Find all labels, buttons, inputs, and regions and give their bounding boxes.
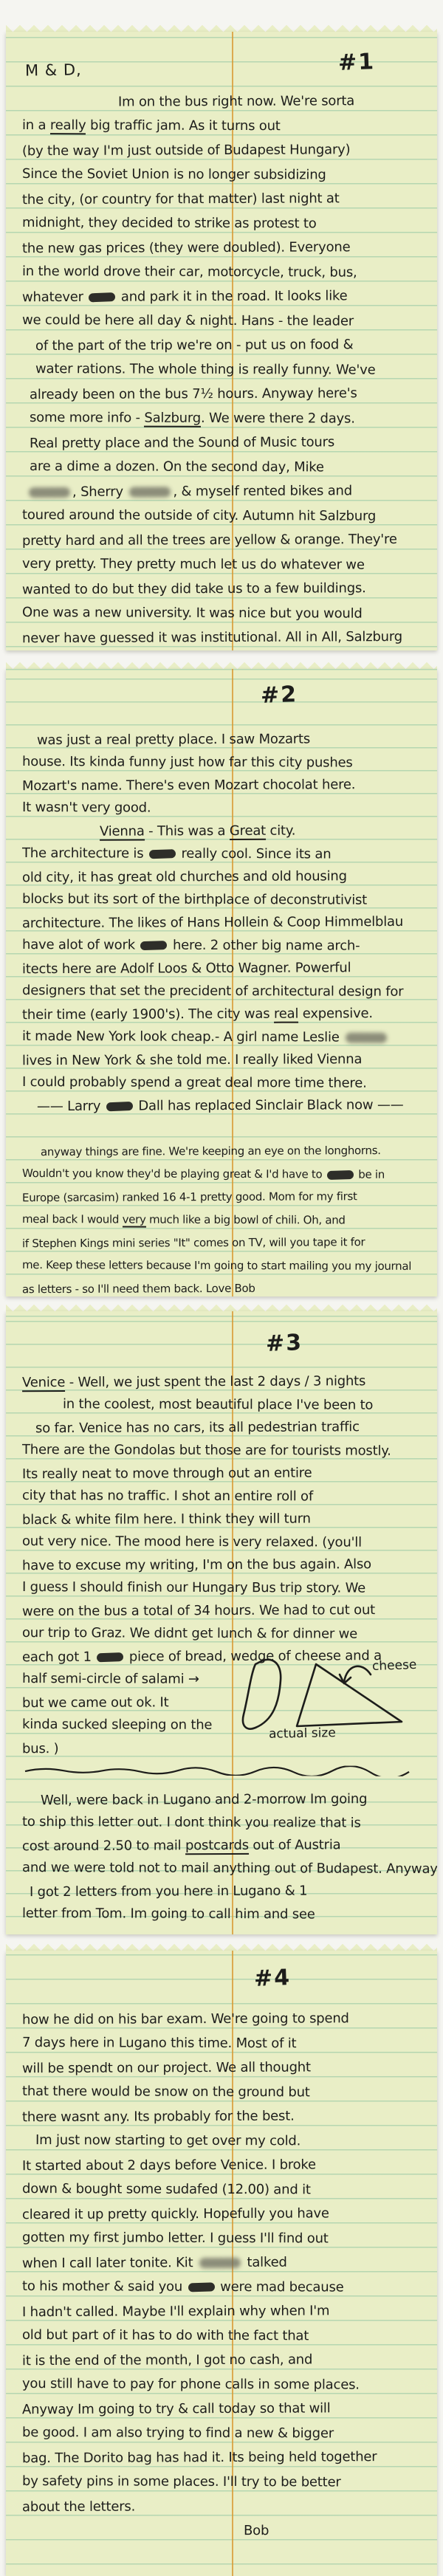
underlined-word: very (123, 1212, 146, 1227)
underlined-word: Vienna (100, 823, 145, 840)
handwritten-line: The architecture is really cool. Since i… (22, 842, 434, 866)
letter-page-1: #1 M & D, Im on the bus right now. We're… (6, 22, 437, 650)
scribbled-out-word (149, 849, 176, 859)
scribbled-out-word (140, 941, 167, 950)
handwritten-line: we could be here all day & night. Hans -… (22, 308, 434, 334)
underlined-word: really (50, 117, 86, 134)
handwritten-line: so far. Venice has no cars, its all pede… (22, 1415, 434, 1440)
handwritten-line: Anyway Im going to try & call today so t… (22, 2396, 434, 2422)
handwritten-line: gotten my first jumbo letter. I guess I'… (22, 2225, 434, 2251)
handwritten-line: whatever and park it in the road. It loo… (22, 284, 434, 309)
handwritten-line: our trip to Graz. We didnt get lunch & f… (22, 1621, 434, 1646)
handwritten-line: letter from Tom. Im going to call him an… (22, 1902, 434, 1926)
food-sketch: cheese actual size (226, 1652, 419, 1748)
handwritten-line: black & white film here. I think they wi… (22, 1507, 434, 1531)
handwritten-line: down & bought some sudafed (12.00) and i… (22, 2177, 434, 2202)
handwritten-line: already been on the bus 7½ hours. Anyway… (22, 381, 434, 407)
handwritten-line: there wasnt any. Its probably for the be… (22, 2103, 434, 2129)
handwritten-line: blocks but its sort of the birthplace of… (22, 887, 434, 912)
handwritten-line: I guess I should finish our Hungary Bus … (22, 1576, 434, 1600)
handwritten-line: by safety pins in some places. I'll try … (22, 2469, 434, 2495)
handwritten-line: I got 2 letters from you here in Lugano … (22, 1879, 434, 1903)
letter-page-4: #4 how he did on his bar exam. We're goi… (6, 1941, 437, 2576)
handwritten-line: wanted to do but they did take us to a f… (22, 576, 434, 602)
handwritten-line: will be spendt on our project. We all th… (22, 2055, 434, 2081)
handwritten-line: Wouldn't you know they'd be playing grea… (22, 1162, 434, 1186)
handwritten-line: Im just now starting to get over my cold… (22, 2128, 434, 2154)
handwritten-line: Im on the bus right now. We're sorta (22, 89, 434, 114)
handwritten-line: be good. I am also trying to find a new … (22, 2420, 434, 2446)
handwritten-line: toured around the outside of city. Autum… (22, 503, 434, 529)
scribbled-out-word (89, 292, 115, 302)
handwritten-line: are a dime a dozen. On the second day, M… (22, 454, 434, 480)
underlined-word: Great (230, 823, 266, 840)
handwritten-line: Europe (sarcasim) ranked 16 4-1 pretty g… (22, 1185, 434, 1209)
page-number: #1 (337, 49, 375, 76)
handwritten-line: old but part of it has to do with the fa… (22, 2323, 434, 2349)
handwritten-line: pretty hard and all the trees are yellow… (22, 527, 434, 553)
handwritten-line: when I call later tonite. Kit talked (22, 2250, 434, 2276)
torn-edge (6, 22, 437, 32)
underlined-word: Venice (22, 1375, 65, 1392)
legal-pad-paper: #2 was just a real pretty place. I saw M… (6, 669, 437, 1296)
handwritten-line: I could probably spend a great deal more… (22, 1071, 434, 1095)
handwritten-line: Venice - Well, we just spent the last 2 … (22, 1370, 434, 1394)
handwritten-line: meal back I would very much like a big b… (22, 1208, 434, 1232)
handwritten-line: in the coolest, most beautiful place I'v… (22, 1392, 434, 1417)
scribbled-out-word (106, 1102, 133, 1111)
handwritten-line: were on the bus a total of 34 hours. We … (22, 1598, 434, 1623)
handwritten-line: house. Its kinda funny just how far this… (22, 750, 434, 774)
handwritten-line (22, 1116, 434, 1141)
handwritten-line: about the letters. (22, 2493, 434, 2519)
handwritten-line: as letters - so I'll need them back. Lov… (22, 1277, 434, 1296)
handwritten-line: cleared it up pretty quickly. Hopefully … (22, 2201, 434, 2227)
handwritten-line: that there would be snow on the ground b… (22, 2079, 434, 2105)
letter-body: Im on the bus right now. We're sortain a… (22, 89, 434, 650)
underlined-word: Salzburg (144, 411, 201, 427)
page-number: #3 (265, 1330, 303, 1357)
handwritten-line: Real pretty place and the Sound of Music… (22, 430, 434, 456)
handwritten-line: have alot of work here. 2 other big name… (22, 933, 434, 958)
handwritten-line: old city, it has great old churches and … (22, 865, 434, 889)
scribbled-out-word (327, 1169, 354, 1179)
handwritten-line: Mozart's name. There's even Mozart choco… (22, 773, 434, 797)
scribbled-out-word (97, 1652, 123, 1662)
handwritten-line: their time (early 1900's). The city was … (22, 1002, 434, 1026)
handwritten-line: to his mother & said you were mad becaus… (22, 2274, 434, 2300)
handwritten-line: —— Larry Dall has replaced Sinclair Blac… (22, 1093, 434, 1118)
redacted-name (129, 487, 171, 497)
underlined-word: real (274, 1006, 298, 1023)
torn-edge (6, 659, 437, 669)
scanned-letter-document: { "document": { "kind": "Handwritten let… (0, 0, 443, 2576)
handwritten-line: how he did on his bar exam. We're going … (22, 2006, 434, 2032)
handwritten-line: designers that set the precident of arch… (22, 979, 434, 1003)
handwritten-line: very pretty. They pretty much let us do … (22, 552, 434, 577)
handwritten-line: It wasn't very good. (22, 796, 434, 820)
letter-body: Venice - Well, we just spent the last 2 … (22, 1370, 434, 1926)
handwritten-line: architecture. The likes of Hans Hollein … (22, 910, 434, 935)
handwritten-line: It started about 2 days before Venice. I… (22, 2152, 434, 2178)
legal-pad-paper: #1 M & D, Im on the bus right now. We're… (6, 32, 437, 650)
handwritten-line: There are the Gondolas but those are for… (22, 1438, 434, 1463)
handwritten-line: some more info - Salzburg. We were there… (22, 405, 434, 431)
handwritten-line: 7 days here in Lugano this time. Most of… (22, 2030, 434, 2056)
handwritten-line: anyway things are fine. We're keeping an… (22, 1139, 434, 1164)
actual-size-label: actual size (269, 1725, 336, 1742)
handwritten-line: city that has no traffic. I shot an enti… (22, 1484, 434, 1508)
handwritten-line: out very nice. The mood here is very rel… (22, 1530, 434, 1554)
handwritten-line: never have guessed it was institutional.… (22, 625, 434, 650)
handwritten-line: you still have to pay for phone calls in… (22, 2371, 434, 2397)
redacted-name (346, 1033, 387, 1043)
redacted-name (199, 2258, 241, 2268)
handwritten-line: (by the way I'm just outside of Budapest… (22, 137, 434, 163)
handwritten-line: have to excuse my writing, I'm on the bu… (22, 1553, 434, 1577)
wavy-divider-line (22, 1765, 434, 1789)
handwritten-line: lives in New York & she told me. I reall… (22, 1048, 434, 1072)
handwritten-line: Well, were back in Lugano and 2-morrow I… (22, 1787, 434, 1812)
handwritten-line: midnight, they decided to strike as prot… (22, 210, 434, 236)
page-number: #2 (260, 681, 298, 709)
handwritten-line: in a really big traffic jam. As it turns… (22, 113, 434, 139)
handwritten-line: Its really neat to move through out an e… (22, 1461, 434, 1486)
cheese-label: cheese (372, 1658, 417, 1674)
handwritten-line: bag. The Dorito bag has had it. Its bein… (22, 2445, 434, 2470)
letter-body: how he did on his bar exam. We're going … (22, 2007, 434, 2543)
legal-pad-paper: #3 Venice - Well, we just spent the last… (6, 1311, 437, 1934)
handwritten-line: of the part of the trip we're on - put u… (22, 332, 434, 358)
legal-pad-paper: #4 how he did on his bar exam. We're goi… (6, 1951, 437, 2576)
handwritten-line: Bob (22, 2518, 434, 2544)
handwritten-line: it made New York look cheap.- A girl nam… (22, 1025, 434, 1049)
salutation: M & D, (25, 61, 82, 79)
handwritten-line: cost around 2.50 to mail postcards out o… (22, 1833, 434, 1858)
letter-page-2: #2 was just a real pretty place. I saw M… (6, 659, 437, 1296)
handwritten-line: I hadn't called. Maybe I'll explain why … (22, 2298, 434, 2324)
handwritten-line: it is the end of the month, I got no cas… (22, 2347, 434, 2373)
letter-body: was just a real pretty place. I saw Moza… (22, 728, 434, 1296)
handwritten-line: Vienna - This was a Great city. (22, 819, 434, 843)
handwritten-line: in the world drove their car, motorcycle… (22, 259, 434, 285)
handwritten-line: the city, (or country for that matter) l… (22, 186, 434, 212)
page-number: #4 (253, 1965, 291, 1992)
handwritten-line: , Sherry , & myself rented bikes and (22, 478, 434, 504)
handwritten-line: the new gas prices (they were doubled). … (22, 235, 434, 261)
handwritten-line: One was a new university. It was nice bu… (22, 600, 434, 626)
scribbled-out-word (188, 2282, 214, 2292)
handwritten-line: itects here are Adolf Loos & Otto Wagner… (22, 956, 434, 980)
torn-edge (6, 1941, 437, 1951)
handwritten-line: me. Keep these letters because I'm going… (22, 1254, 434, 1278)
redacted-name (29, 487, 70, 498)
handwritten-line: was just a real pretty place. I saw Moza… (22, 727, 434, 752)
torn-edge (6, 1302, 437, 1311)
handwritten-line: water rations. The whole thing is really… (22, 357, 434, 382)
handwritten-line: if Stephen Kings mini series "It" comes … (22, 1231, 434, 1255)
underlined-word: postcards (185, 1838, 249, 1855)
handwritten-line: to ship this letter out. I dont think yo… (22, 1810, 434, 1835)
letter-page-3: #3 Venice - Well, we just spent the last… (6, 1302, 437, 1934)
handwritten-line: Since the Soviet Union is no longer subs… (22, 162, 434, 188)
handwritten-line: and we were told not to mail anything ou… (22, 1856, 434, 1881)
